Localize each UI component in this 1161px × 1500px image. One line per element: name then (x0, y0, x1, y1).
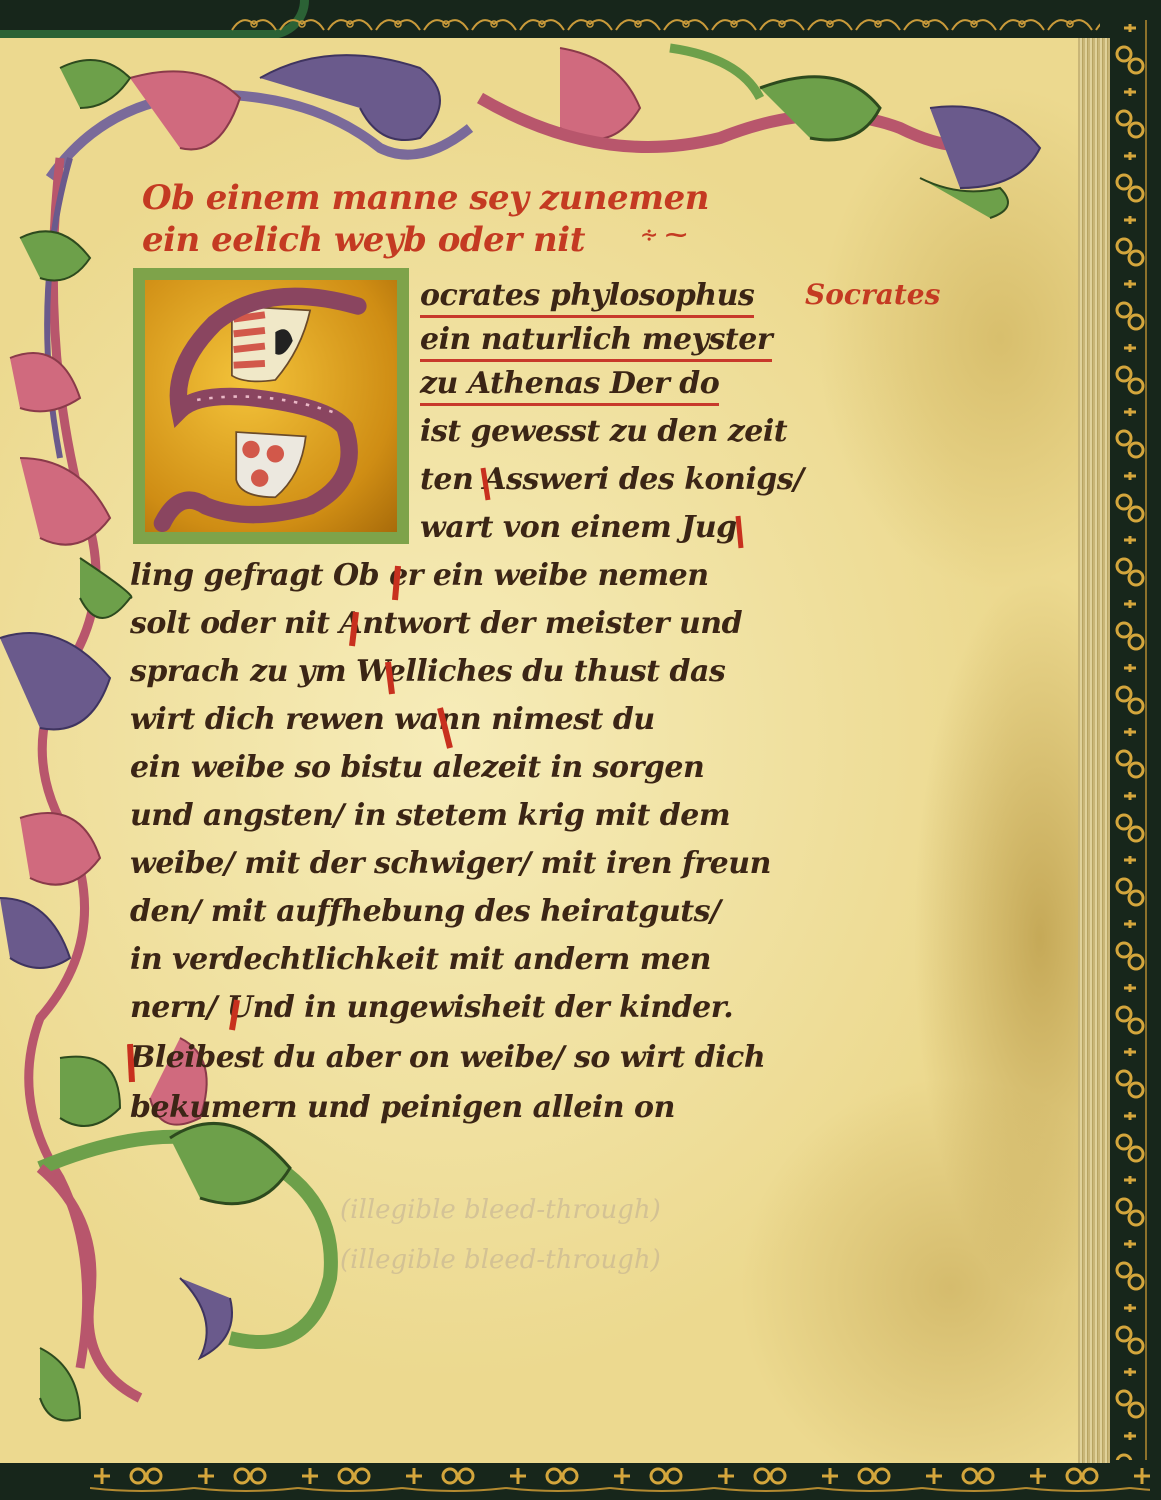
bleed-through-text-2: (illegible bleed-through) (340, 1245, 661, 1275)
bleed-through-text-1: (illegible bleed-through) (340, 1195, 661, 1225)
rubrication-strokes (0, 0, 1161, 1500)
